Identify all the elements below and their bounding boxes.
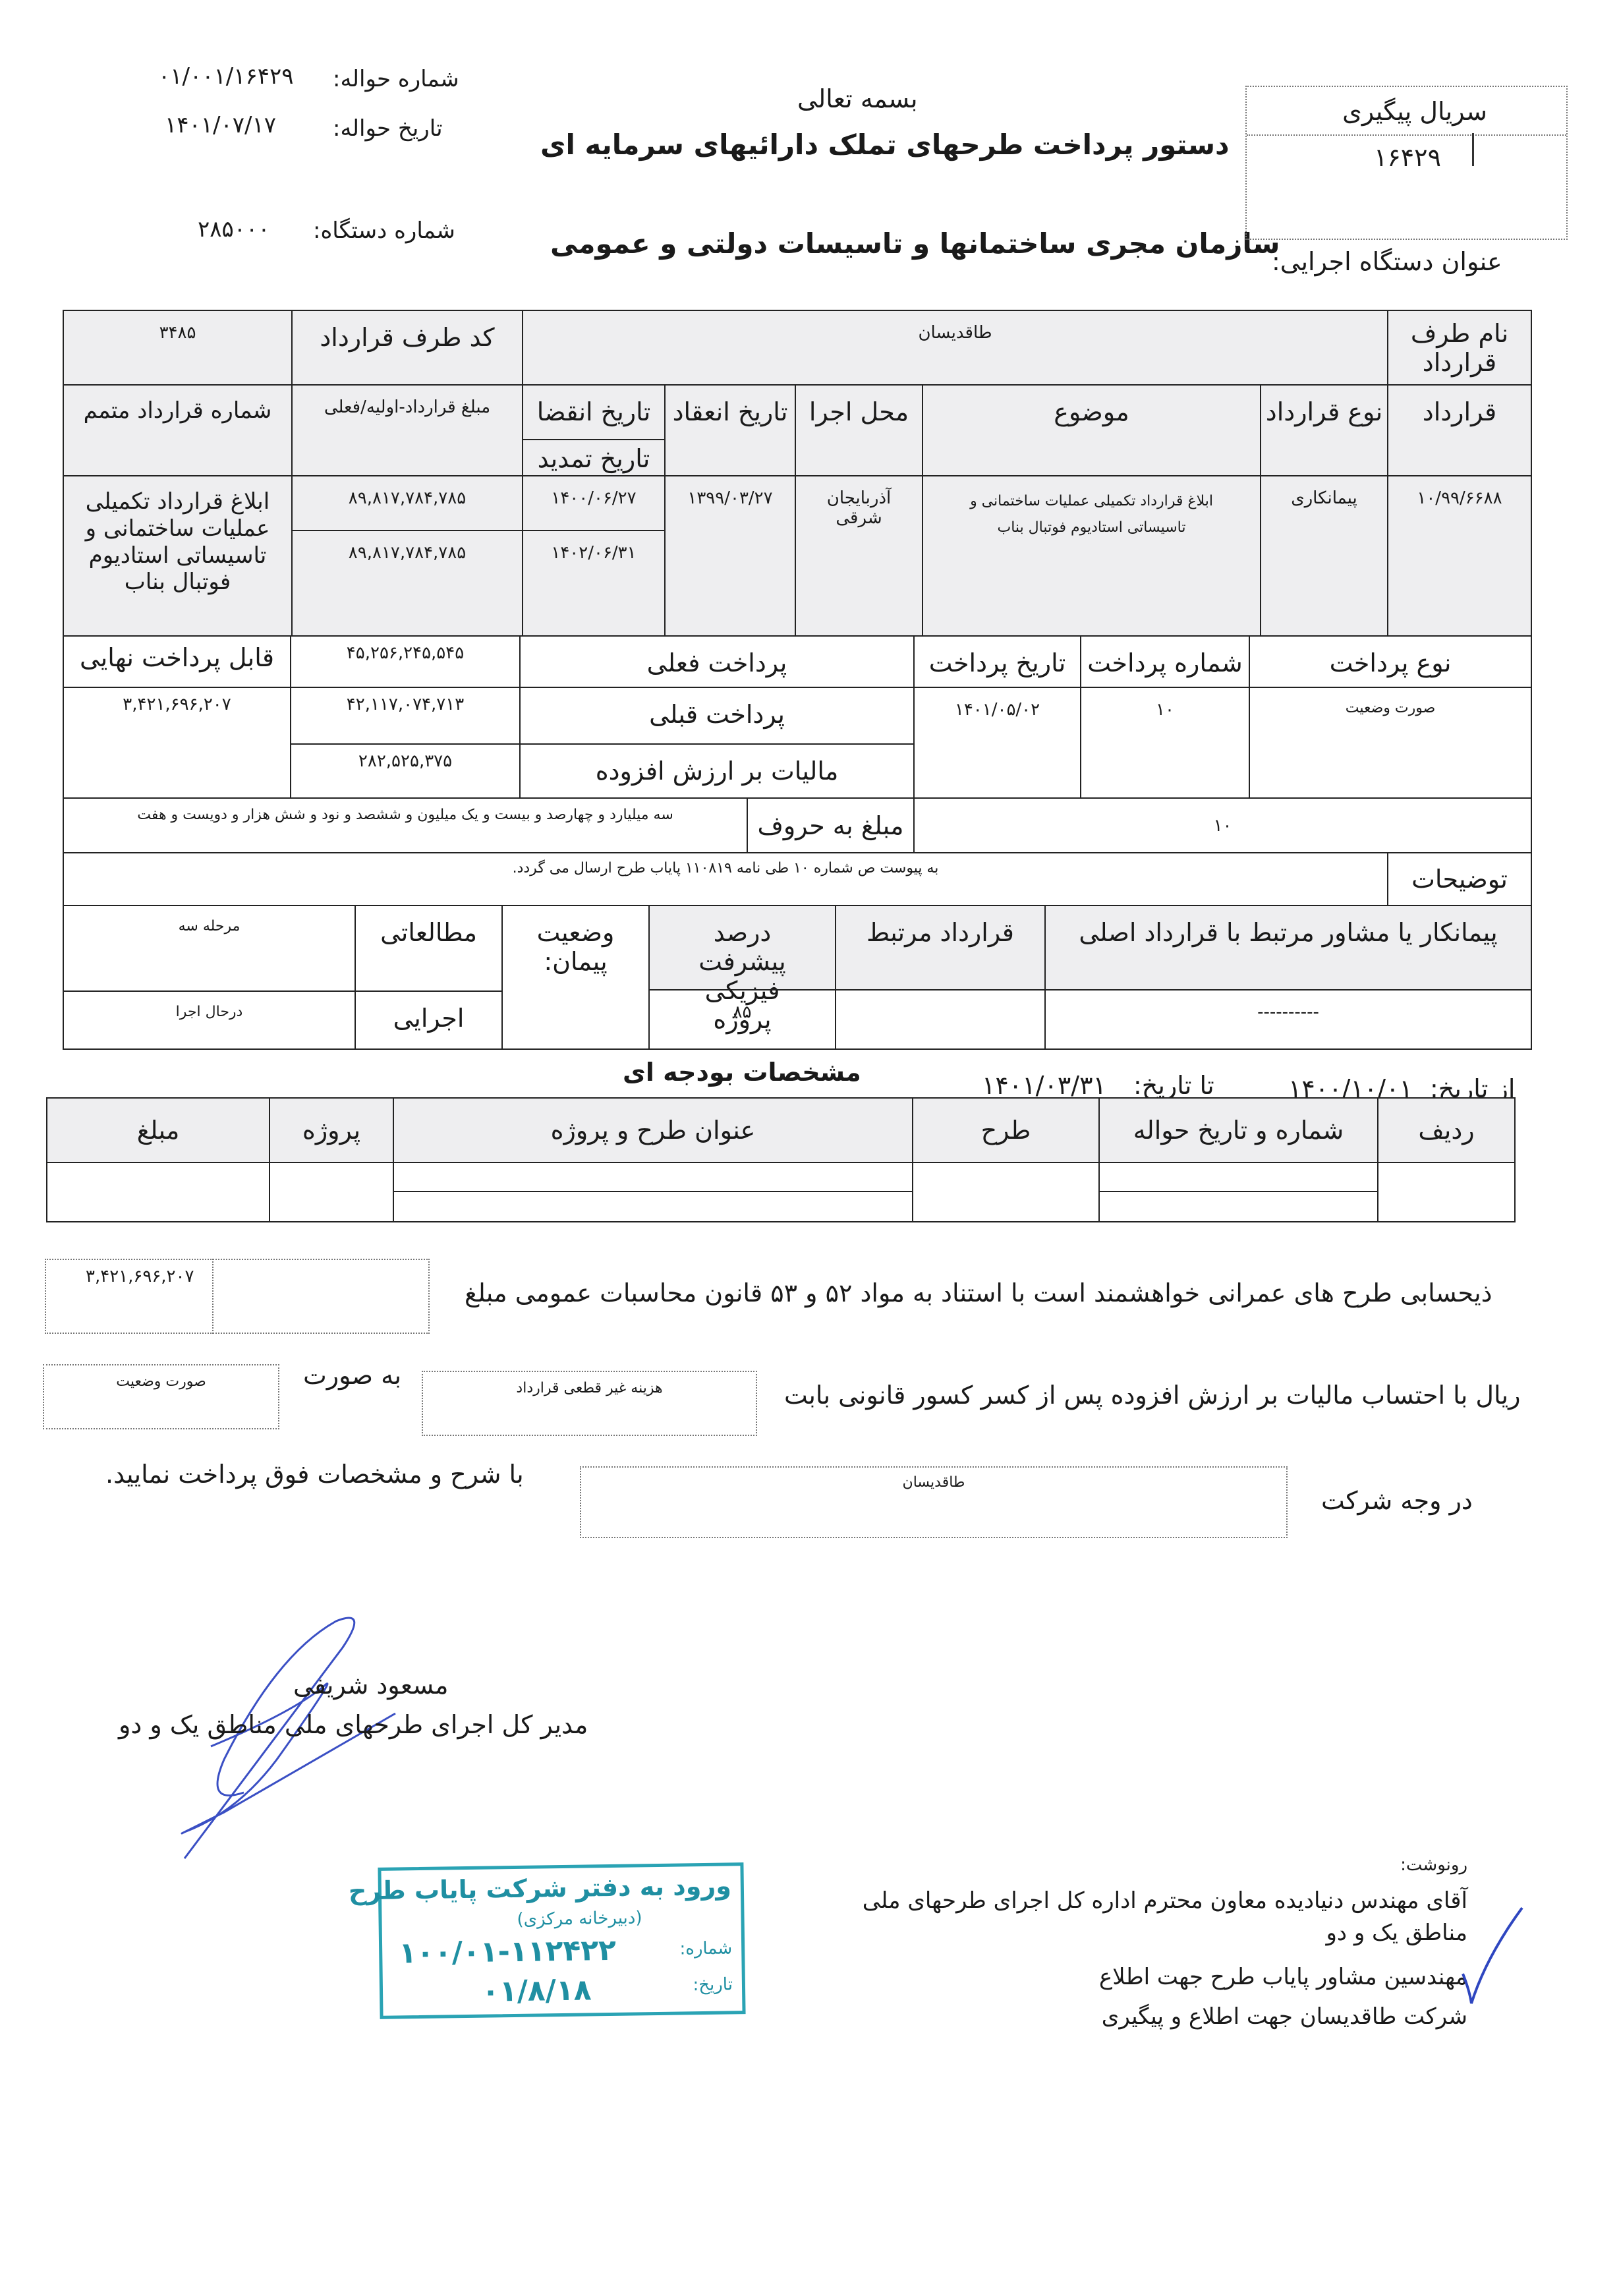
page-title: دستور پرداخت طرحهای تملک دارائیهای سرمای… xyxy=(540,129,1230,161)
budget-title: مشخصات بودجه ای xyxy=(623,1058,861,1087)
party-name-label: نام طرف قرارداد xyxy=(1387,310,1532,386)
budget-cell xyxy=(912,1162,1100,1222)
contract-amount-initial: ۸۹,۸۱۷,۷۸۴,۷۸۵ xyxy=(291,475,523,531)
remittance-date-label: تاریخ حواله: xyxy=(333,115,443,142)
checkmark-icon xyxy=(1460,1905,1525,2010)
budget-cell xyxy=(1098,1191,1378,1222)
stamp-number-value: ۱۰۰/۰۱-۱۱۲۴۲۲ xyxy=(399,1934,616,1970)
progress-header: درصد پیشرفت فیزیکی پروژه xyxy=(648,905,836,990)
contract-header: قرارداد xyxy=(1387,384,1532,476)
remittance-number-value: ۰۱/۰۰۱/۱۶۴۲۹ xyxy=(158,63,294,90)
as-box: صورت وضعیت xyxy=(43,1364,279,1429)
amount-header: مبلغ قرارداد-اولیه/فعلی xyxy=(291,384,523,476)
budget-cell xyxy=(269,1162,394,1222)
contract-location: آذربایجان شرقی xyxy=(795,475,923,637)
contract-subject: ابلاغ قرارداد تکمیلی عملیات ساختمانی و ت… xyxy=(922,475,1261,637)
budget-cell xyxy=(393,1191,913,1222)
plan-title-header: عنوان طرح و پروژه xyxy=(393,1097,913,1163)
cc-item-2: مهندسین مشاور پایاب طرح جهت اطلاع xyxy=(1099,1964,1467,1990)
amount-in-words-label: مبلغ به حروف xyxy=(747,797,915,853)
stamp-subtitle: (دبیرخانه مرکزی) xyxy=(517,1908,642,1930)
row-header: ردیف xyxy=(1377,1097,1516,1163)
contract-expiry-date: ۱۴۰۰/۰۶/۲۷ xyxy=(522,475,666,531)
cc-item-1: آقای مهندس دنیادیده معاون محترم اداره کل… xyxy=(809,1885,1467,1950)
budget-cell xyxy=(393,1162,913,1192)
vat-value: ۲۸۲,۵۲۵,۳۷۵ xyxy=(290,743,521,799)
location-header: محل اجرا xyxy=(795,384,923,476)
subject-header: موضوع xyxy=(922,384,1261,476)
final-payable-label: قابل پرداخت نهایی xyxy=(63,635,291,688)
entry-stamp: ورود به دفتر شرکت پایاب طرح (دبیرخانه مر… xyxy=(378,1862,745,2019)
previous-payment-label: پرداخت قبلی xyxy=(519,687,915,745)
expiry-date-header: تاریخ انقضا xyxy=(522,384,666,440)
payment-date-value: ۱۴۰۱/۰۵/۰۲ xyxy=(913,687,1081,799)
study-value: مرحله سه xyxy=(63,905,356,992)
payment-type-header: نوع پرداخت xyxy=(1249,635,1532,688)
contract-amount-current: ۸۹,۸۱۷,۷۸۴,۷۸۵ xyxy=(291,530,523,637)
reason-box: هزینه غیر قطعی قرارداد xyxy=(422,1371,757,1436)
previous-payment-value: ۴۲,۱۱۷,۰۷۴,۷۱۳ xyxy=(290,687,521,745)
budget-cell xyxy=(1098,1162,1378,1192)
contract-type: پیمانکاری xyxy=(1260,475,1388,637)
words-number-value: ۱۰ xyxy=(913,797,1532,853)
sign-date-header: تاریخ انعقاد xyxy=(664,384,796,476)
amount-in-words-value: سه میلیارد و چهارصد و بیست و یک میلیون و… xyxy=(63,797,748,853)
bismillah: بسمه تعالی xyxy=(797,84,918,113)
device-number-label: شماره دستگاه: xyxy=(313,217,455,244)
device-number-value: ۲۸۵۰۰۰ xyxy=(198,216,270,243)
type-header: نوع قرارداد xyxy=(1260,384,1388,476)
notes-value: به پیوست ص شماره ۱۰ طی نامه ۱۱۰۸۱۹ پایاب… xyxy=(63,852,1388,906)
stamp-title: ورود به دفتر شرکت پایاب طرح xyxy=(349,1871,732,1905)
executive-status-label: اجرایی xyxy=(355,990,503,1050)
payment-number-value: ۱۰ xyxy=(1080,687,1250,799)
budget-table: ردیف شماره و تاریخ حواله طرح عنوان طرح و… xyxy=(46,1097,1516,1222)
remittance-date-value: ۱۴۰۱/۰۷/۱۷ xyxy=(165,112,276,138)
stamp-date-value: ۰۱/۸/۱۸ xyxy=(482,1973,592,2008)
request-line-2: ریال با احتساب مالیات بر ارزش افزوده پس … xyxy=(784,1381,1520,1410)
pen-mark-icon xyxy=(1472,133,1474,166)
party-code-value: ۳۴۸۵ xyxy=(63,310,293,386)
progress-value: ۸۵ xyxy=(648,989,836,1050)
budget-cell xyxy=(1377,1162,1516,1222)
current-payment-value: ۴۵,۲۵۶,۲۴۵,۵۴۵ xyxy=(290,635,521,688)
final-payable-value: ۳,۴۲۱,۶۹۶,۲۰۷ xyxy=(63,687,291,799)
contract-table: نام طرف قرارداد طاقدیسان کد طرف قرارداد … xyxy=(63,310,1532,1048)
related-contractor-value: ---------- xyxy=(1044,989,1532,1050)
cc-label: رونوشت: xyxy=(1400,1855,1467,1875)
signer-name: مسعود شریفی xyxy=(293,1671,449,1700)
amount-box-frame xyxy=(45,1259,430,1334)
supplement-number: ابلاغ قرارداد تکمیلی عملیات ساختمانی و ت… xyxy=(63,475,293,637)
plan-header: طرح xyxy=(912,1097,1100,1163)
party-name-value: طاقدیسان xyxy=(522,310,1388,386)
related-contract-header: قرارداد مرتبط xyxy=(835,905,1046,990)
company-label: در وجه شرکت xyxy=(1321,1486,1473,1515)
payment-type-value: صورت وضعیت xyxy=(1249,687,1532,799)
to-date-value: ۱۴۰۱/۰۳/۳۱ xyxy=(982,1071,1106,1100)
as-label: به صورت xyxy=(303,1361,401,1390)
current-payment-label: پرداخت فعلی xyxy=(519,635,915,688)
payment-number-header: شماره پرداخت xyxy=(1080,635,1250,688)
project-header: پروژه xyxy=(269,1097,394,1163)
remittance-number-label: شماره حواله: xyxy=(333,66,459,92)
extension-date-header: تاریخ تمدید xyxy=(522,439,666,476)
supplement-header: شماره قرارداد متمم xyxy=(63,384,293,476)
tracking-label: سریال پیگیری xyxy=(1342,97,1487,126)
budget-cell xyxy=(46,1162,270,1222)
request-line-3: با شرح و مشخصات فوق پرداخت نمایید. xyxy=(105,1460,524,1489)
executive-status-value: درحال اجرا xyxy=(63,990,356,1050)
contract-sign-date: ۱۳۹۹/۰۳/۲۷ xyxy=(664,475,796,637)
vat-label: مالیات بر ارزش افزوده xyxy=(519,743,915,799)
tracking-value: ۱۶۴۲۹ xyxy=(1374,143,1441,172)
company-box: طاقدیسان xyxy=(580,1466,1288,1538)
related-contractor-header: پیمانکار یا مشاور مرتبط با قرارداد اصلی xyxy=(1044,905,1532,990)
notes-label: توضیحات xyxy=(1387,852,1532,906)
study-label: مطالعاتی xyxy=(355,905,503,992)
contract-status-header: وضعیت پیمان: xyxy=(501,905,650,1050)
party-code-label: کد طرف قرارداد xyxy=(291,310,523,386)
to-date-label: تا تاریخ: xyxy=(1133,1071,1214,1100)
stamp-number-label: شماره: xyxy=(679,1938,732,1959)
tracking-box: سریال پیگیری ۱۶۴۲۹ xyxy=(1245,86,1568,240)
organization-name: سازمان مجری ساختمانها و تاسیسات دولتی و … xyxy=(550,227,1280,260)
stamp-date-label: تاریخ: xyxy=(693,1974,733,1995)
contract-number: ۱۰/۹۹/۶۶۸۸ xyxy=(1387,475,1532,637)
amount-header: مبلغ xyxy=(46,1097,270,1163)
executive-label: عنوان دستگاه اجرایی: xyxy=(1272,247,1502,276)
remittance-header: شماره و تاریخ حواله xyxy=(1098,1097,1378,1163)
request-line-1: ذیحسابی طرح های عمرانی خواهشمند است با ا… xyxy=(465,1278,1492,1307)
contract-extension-date: ۱۴۰۲/۰۶/۳۱ xyxy=(522,530,666,637)
signer-position: مدیر کل اجرای طرحهای ملی مناطق یک و دو xyxy=(119,1710,588,1739)
cc-item-3: شرکت طاقدیسان جهت اطلاع و پیگیری xyxy=(1102,2003,1467,2030)
related-contract-value xyxy=(835,989,1046,1050)
payment-date-header: تاریخ پرداخت xyxy=(913,635,1081,688)
